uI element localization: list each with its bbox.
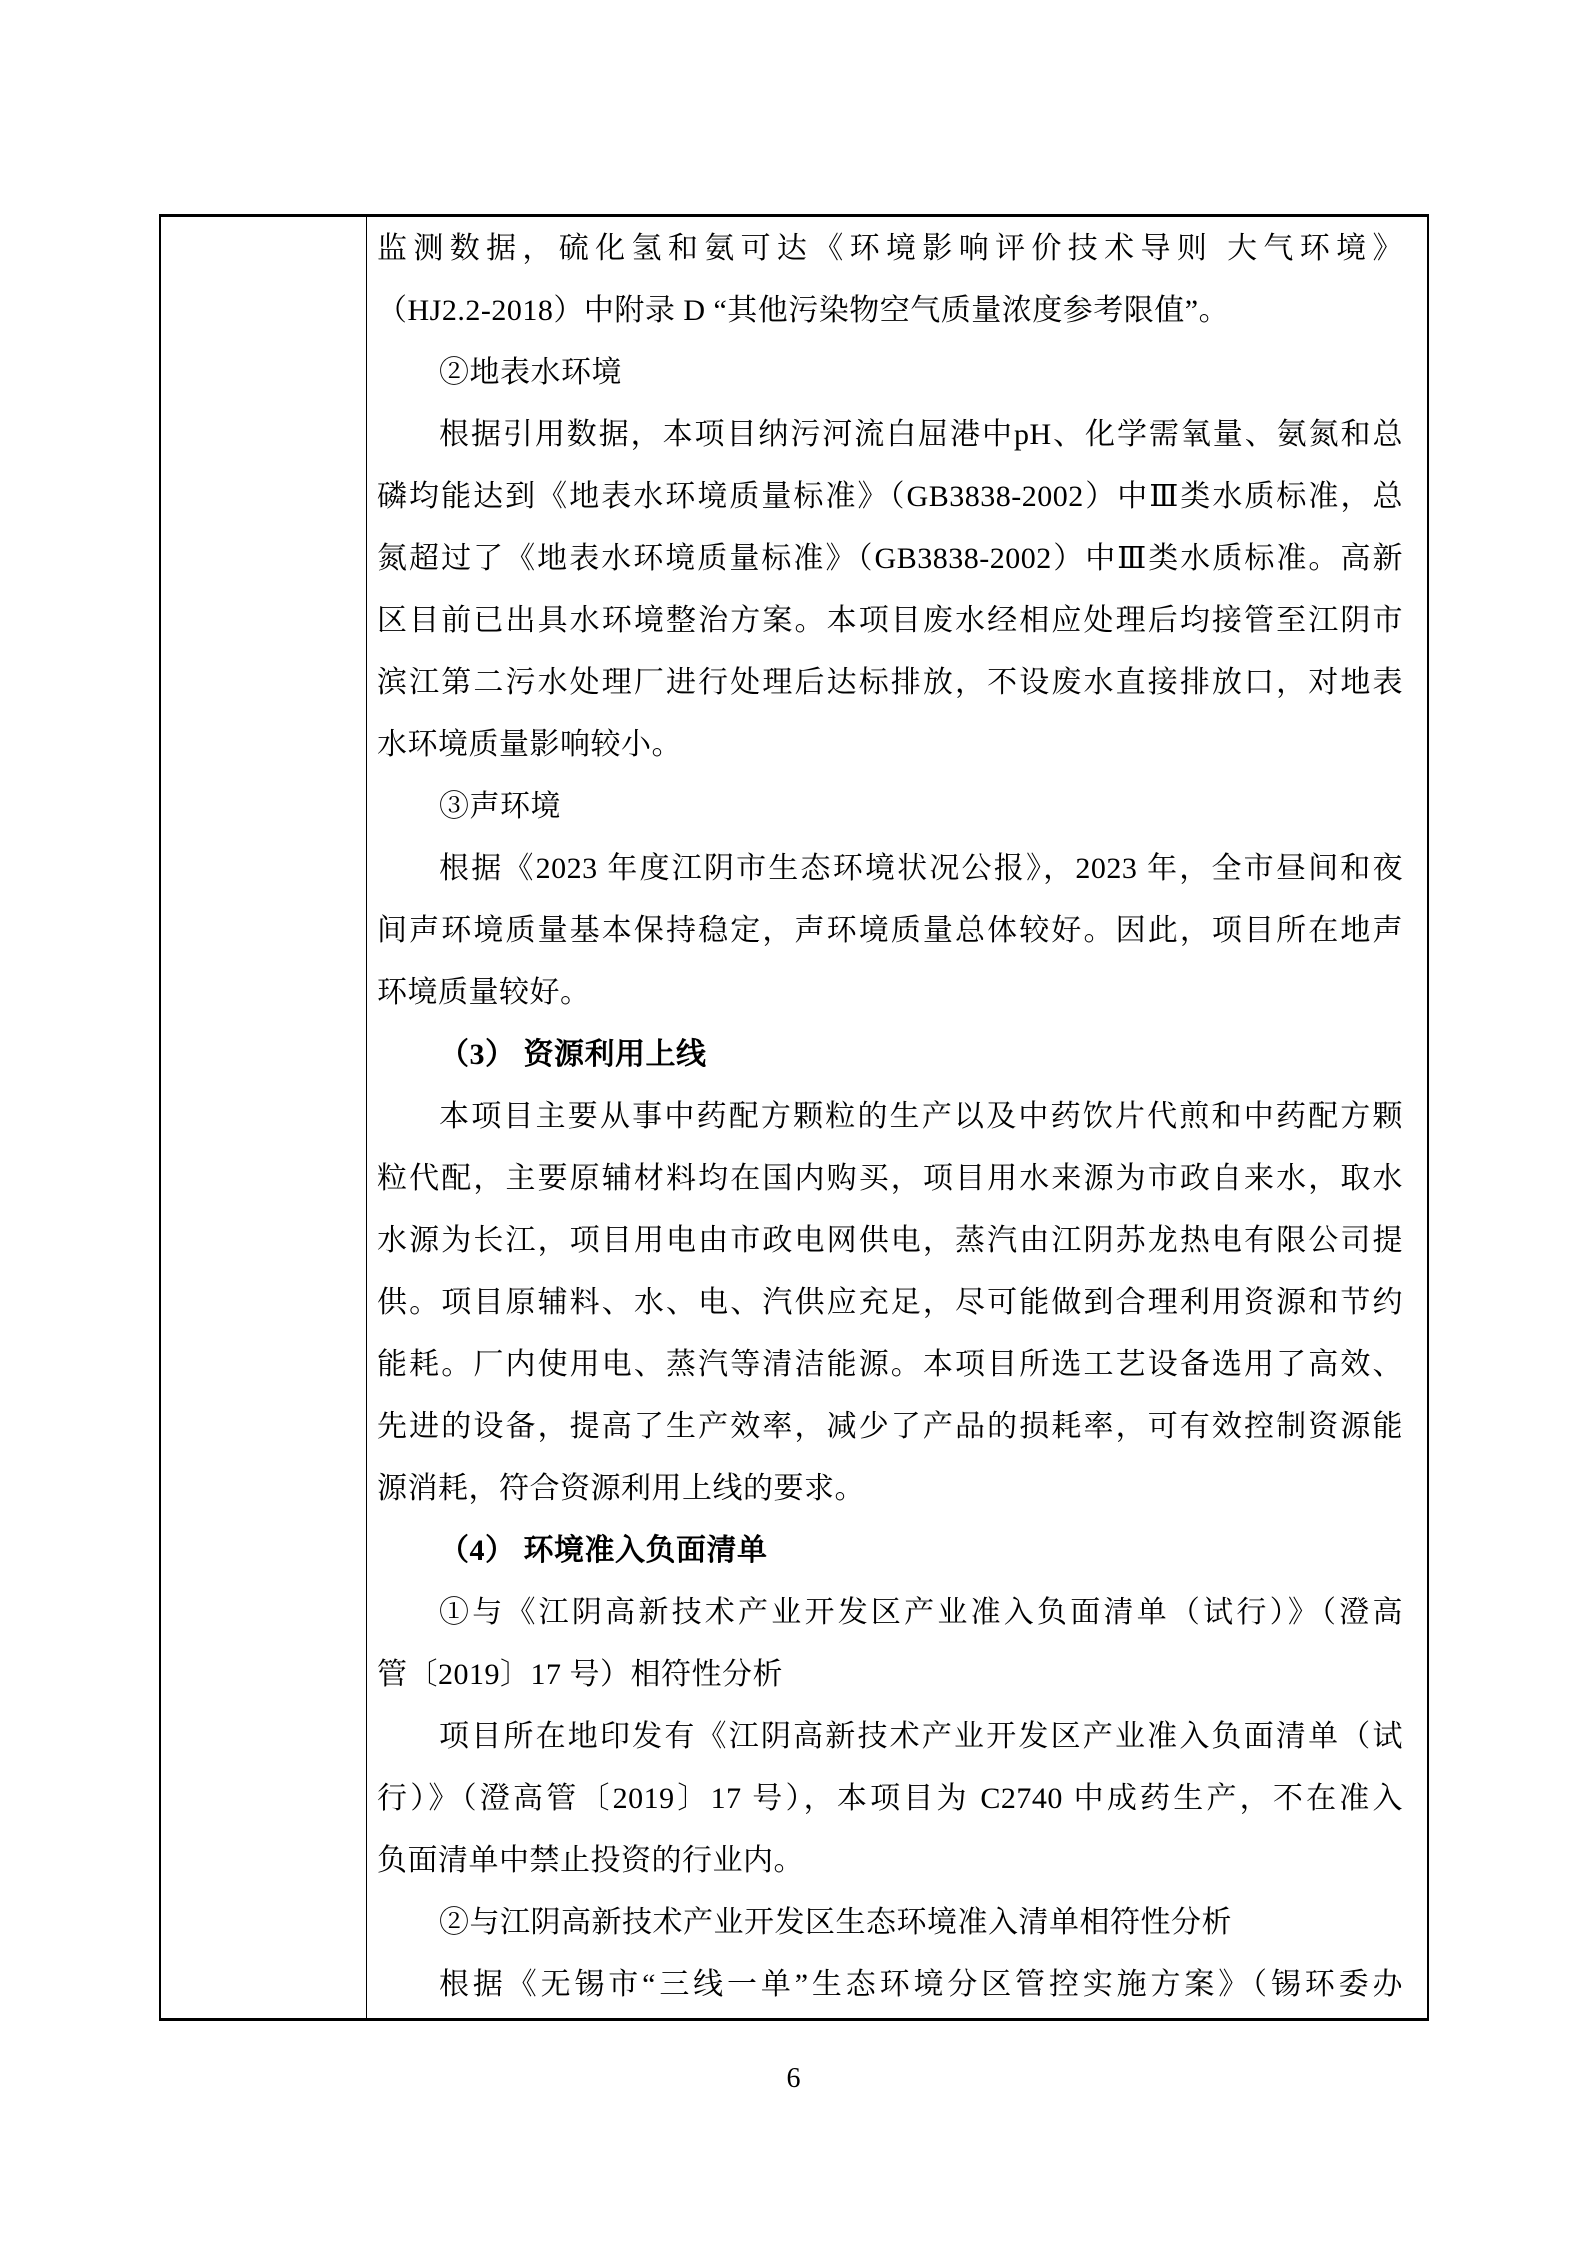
text-line: 项目所在地印发有《江阴高新技术产业开发区产业准入负面清单（试 <box>377 1706 1403 1768</box>
text-line: 环境质量较好。 <box>377 962 1403 1024</box>
text-line: 水源为长江，项目用电由市政电网供电，蒸汽由江阴苏龙热电有限公司提 <box>377 1210 1403 1272</box>
text-line: 源消耗，符合资源利用上线的要求。 <box>377 1458 1403 1520</box>
text-line: （HJ2.2-2018）中附录 D “其他污染物空气质量浓度参考限值”。 <box>377 280 1403 342</box>
text-line: 先进的设备，提高了生产效率，减少了产品的损耗率，可有效控制资源能 <box>377 1396 1403 1458</box>
text-line: 区目前已出具水环境整治方案。本项目废水经相应处理后均接管至江阴市 <box>377 590 1403 652</box>
text-line: 根据引用数据，本项目纳污河流白屈港中pH、化学需氧量、氨氮和总 <box>377 404 1403 466</box>
content-table: 监测数据，硫化氢和氨可达《环境影响评价技术导则 大气环境》（HJ2.2-2018… <box>159 214 1429 2021</box>
text-line: 负面清单中禁止投资的行业内。 <box>377 1830 1403 1892</box>
text-line: ①与《江阴高新技术产业开发区产业准入负面清单（试行）》（澄高 <box>377 1582 1403 1644</box>
text-line: 氮超过了《地表水环境质量标准》（GB3838-2002）中Ⅲ类水质标准。高新 <box>377 528 1403 590</box>
text-line: 水环境质量影响较小。 <box>377 714 1403 776</box>
text-line: ③声环境 <box>377 776 1403 838</box>
text-line: ②地表水环境 <box>377 342 1403 404</box>
text-line: 粒代配，主要原辅材料均在国内购买，项目用水来源为市政自来水，取水 <box>377 1148 1403 1210</box>
text-line: 滨江第二污水处理厂进行处理后达标排放，不设废水直接排放口，对地表 <box>377 652 1403 714</box>
text-line: 磷均能达到《地表水环境质量标准》（GB3838-2002）中Ⅲ类水质标准，总 <box>377 466 1403 528</box>
table-right-cell: 监测数据，硫化氢和氨可达《环境影响评价技术导则 大气环境》（HJ2.2-2018… <box>367 217 1427 2018</box>
text-line: 间声环境质量基本保持稳定，声环境质量总体较好。因此，项目所在地声 <box>377 900 1403 962</box>
text-line: （4） 环境准入负面清单 <box>377 1520 1403 1582</box>
text-line: 本项目主要从事中药配方颗粒的生产以及中药饮片代煎和中药配方颗 <box>377 1086 1403 1148</box>
line-container: 监测数据，硫化氢和氨可达《环境影响评价技术导则 大气环境》（HJ2.2-2018… <box>377 218 1403 2016</box>
text-line: 能耗。厂内使用电、蒸汽等清洁能源。本项目所选工艺设备选用了高效、 <box>377 1334 1403 1396</box>
text-line: 根据《无锡市“三线一单”生态环境分区管控实施方案》（锡环委办 <box>377 1954 1403 2016</box>
table-left-cell <box>161 217 367 2018</box>
text-line: （3） 资源利用上线 <box>377 1024 1403 1086</box>
text-line: 供。项目原辅料、水、电、汽供应充足，尽可能做到合理利用资源和节约 <box>377 1272 1403 1334</box>
text-line: 根据《2023 年度江阴市生态环境状况公报》，2023 年，全市昼间和夜 <box>377 838 1403 900</box>
text-line: 监测数据，硫化氢和氨可达《环境影响评价技术导则 大气环境》 <box>377 218 1403 280</box>
text-line: 行）》（澄高管〔2019〕17 号），本项目为 C2740 中成药生产，不在准入 <box>377 1768 1403 1830</box>
text-line: 管〔2019〕17 号）相符性分析 <box>377 1644 1403 1706</box>
text-line: ②与江阴高新技术产业开发区生态环境准入清单相符性分析 <box>377 1892 1403 1954</box>
page-number: 6 <box>0 2062 1587 2096</box>
document-page: 监测数据，硫化氢和氨可达《环境影响评价技术导则 大气环境》（HJ2.2-2018… <box>0 0 1587 2245</box>
